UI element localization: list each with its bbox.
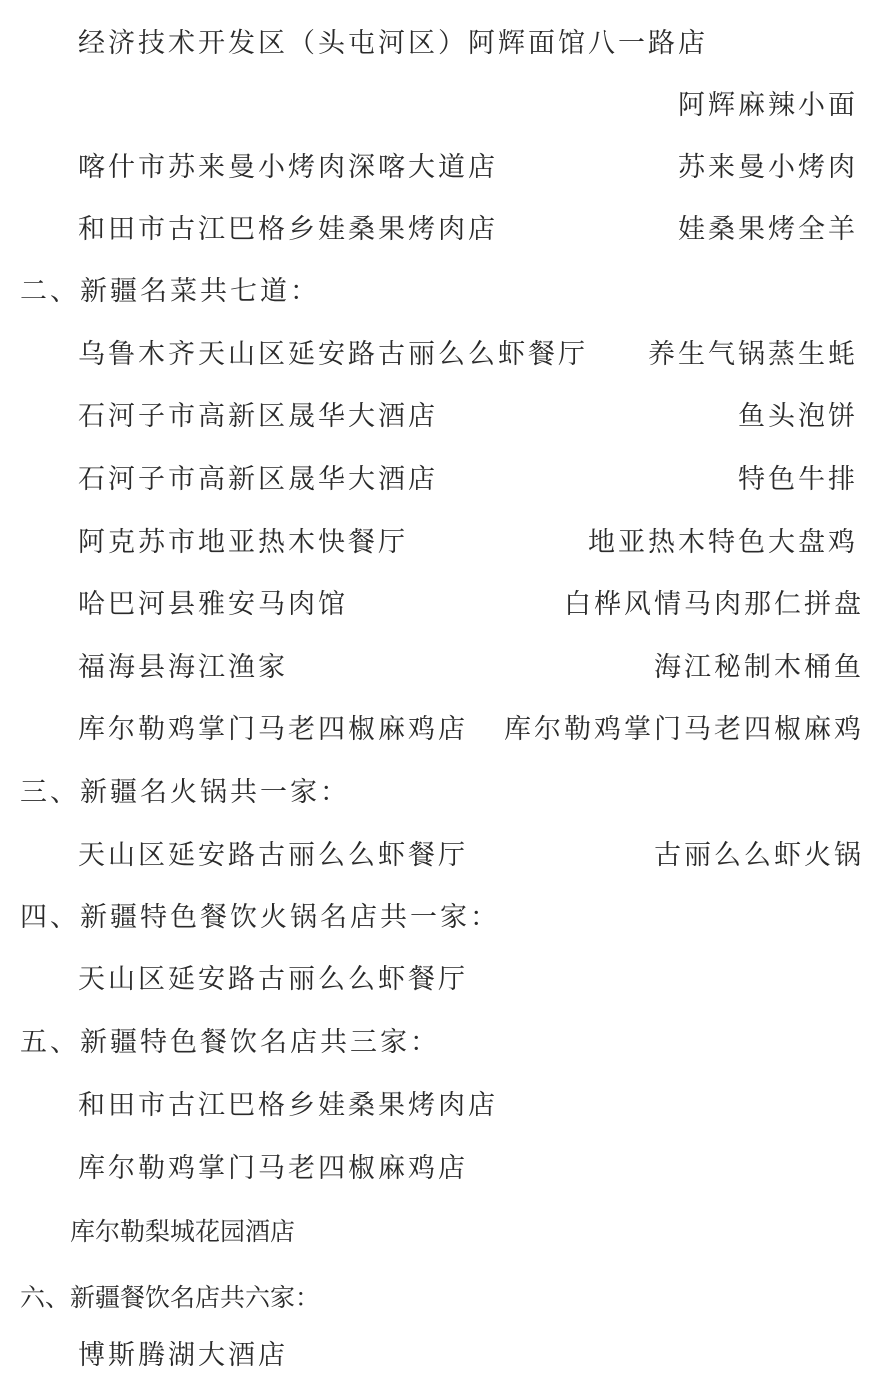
section-heading: 六、新疆餐饮名店共六家： (20, 1282, 320, 1314)
restaurant-name: 阿克苏市地亚热木快餐厅 (78, 527, 408, 559)
restaurant-name: 博斯腾湖大酒店 (78, 1340, 288, 1372)
restaurant-name: 库尔勒梨城花园酒店 (70, 1216, 295, 1248)
dish-name: 娃桑果烤全羊 (678, 214, 858, 246)
section-heading: 三、新疆名火锅共一家： (20, 777, 350, 809)
restaurant-name: 喀什市苏来曼小烤肉深喀大道店 (78, 152, 498, 184)
restaurant-name: 库尔勒鸡掌门马老四椒麻鸡店 (78, 714, 468, 746)
restaurant-name: 经济技术开发区（头屯河区）阿辉面馆八一路店 (78, 28, 708, 60)
dish-name: 特色牛排 (738, 464, 858, 496)
dish-name: 苏来曼小烤肉 (678, 152, 858, 184)
restaurant-name: 库尔勒鸡掌门马老四椒麻鸡店 (78, 1153, 468, 1185)
restaurant-name: 和田市古江巴格乡娃桑果烤肉店 (78, 1090, 498, 1122)
dish-name: 鱼头泡饼 (738, 401, 858, 433)
restaurant-name: 和田市古江巴格乡娃桑果烤肉店 (78, 214, 498, 246)
dish-name: 白桦风情马肉那仁拼盘 (564, 589, 864, 621)
section-heading: 二、新疆名菜共七道： (20, 276, 320, 308)
restaurant-name: 石河子市高新区晟华大酒店 (78, 401, 438, 433)
dish-name: 阿辉麻辣小面 (678, 90, 858, 122)
restaurant-name: 乌鲁木齐天山区延安路古丽么么虾餐厅 (78, 339, 588, 371)
restaurant-name: 天山区延安路古丽么么虾餐厅 (78, 964, 468, 996)
section-heading: 五、新疆特色餐饮名店共三家： (20, 1027, 440, 1059)
dish-name: 库尔勒鸡掌门马老四椒麻鸡 (504, 714, 864, 746)
dish-name: 地亚热木特色大盘鸡 (588, 527, 858, 559)
section-heading: 四、新疆特色餐饮火锅名店共一家： (20, 902, 500, 934)
restaurant-name: 天山区延安路古丽么么虾餐厅 (78, 840, 468, 872)
dish-name: 海江秘制木桶鱼 (654, 652, 864, 684)
restaurant-name: 石河子市高新区晟华大酒店 (78, 464, 438, 496)
restaurant-name: 福海县海江渔家 (78, 652, 288, 684)
restaurant-name: 哈巴河县雅安马肉馆 (78, 589, 348, 621)
dish-name: 古丽么么虾火锅 (654, 840, 864, 872)
dish-name: 养生气锅蒸生蚝 (648, 339, 858, 371)
